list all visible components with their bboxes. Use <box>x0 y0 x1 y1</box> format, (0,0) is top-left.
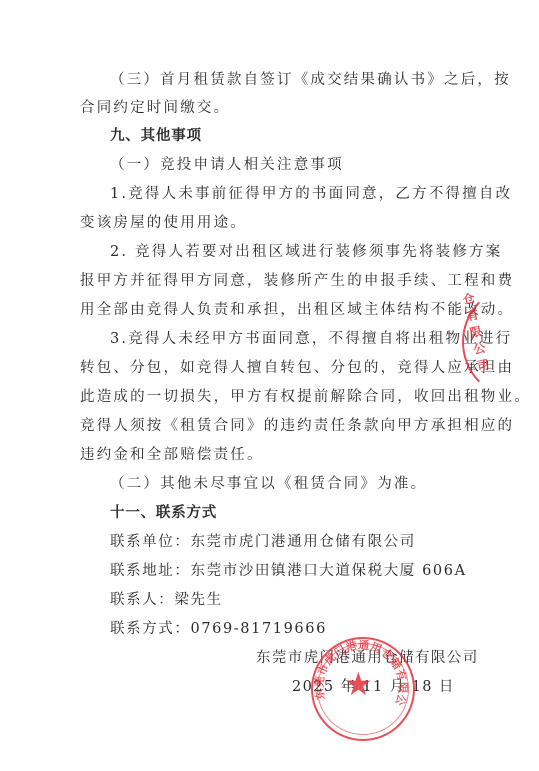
contact-unit-value: 东莞市虎门港通用仓储有限公司 <box>191 534 416 550</box>
contact-phone-value: 0769-81719666 <box>191 621 327 637</box>
paragraph-payment-line2: 合同约定时间缴交。 <box>80 98 452 118</box>
item2-line1: 2. 竞得人若要对出租区域进行装修须事先将装修方案 <box>110 242 452 262</box>
section-heading-contact: 十一、联系方式 <box>110 503 452 523</box>
subsection-bidder-notes: （一）竞投申请人相关注意事项 <box>110 155 452 175</box>
section-heading-other-matters: 九、其他事项 <box>110 126 452 146</box>
subsection-other-matters: （二）其他未尽事宜以《租赁合同》为准。 <box>110 474 452 494</box>
item3-line4: 竞得人须按《租赁合同》的违约责任条款向甲方承担相应的 <box>80 416 452 436</box>
item3-line1: 3.竞得人未经甲方书面同意，不得擅自将出租物业进行 <box>110 329 452 349</box>
contact-address: 联系地址：东莞市沙田镇港口大道保税大厦 606A <box>110 561 452 581</box>
item3-line3: 此造成的一切损失，甲方有权提前解除合同，收回出租物业。 <box>80 387 452 407</box>
item3-line2: 转包、分包，如竞得人擅自转包、分包的，竞得人应承担由 <box>80 358 452 378</box>
contact-person-value: 梁先生 <box>174 592 222 608</box>
svg-text:东莞市虎门港通用仓储有限公司: 东莞市虎门港通用仓储有限公司 <box>311 637 410 708</box>
item1-line1: 1.竞得人未事前征得甲方的书面同意，乙方不得擅自改 <box>110 184 452 204</box>
item2-line2: 报甲方并征得甲方同意，装修所产生的申报手续、工程和费 <box>80 271 452 291</box>
company-seal-text: 东莞市虎门港通用仓储有限公司 <box>311 637 410 708</box>
item1-line2: 变该房屋的使用用途。 <box>80 213 452 233</box>
contact-address-value: 东莞市沙田镇港口大道保税大厦 606A <box>191 563 467 579</box>
item2-line3: 用全部由竞得人负责和承担，出租区域主体结构不能改动。 <box>80 300 452 320</box>
item3-line5: 违约金和全部赔偿责任。 <box>80 445 452 465</box>
paragraph-payment-line1: （三）首月租赁款自签订《成交结果确认书》之后，按 <box>110 70 452 90</box>
contact-address-label: 联系地址： <box>110 563 191 579</box>
company-seal-text-ring: 东莞市虎门港通用仓储有限公司 <box>311 637 411 737</box>
contact-phone: 联系方式：0769-81719666 <box>110 619 452 639</box>
contact-unit: 联系单位：东莞市虎门港通用仓储有限公司 <box>110 532 452 552</box>
contact-person-label: 联系人： <box>110 592 174 608</box>
contact-person: 联系人：梁先生 <box>110 590 452 610</box>
contact-phone-label: 联系方式： <box>110 621 191 637</box>
document-page: （三）首月租赁款自签订《成交结果确认书》之后，按 合同约定时间缴交。 九、其他事… <box>0 0 539 771</box>
contact-unit-label: 联系单位： <box>110 534 191 550</box>
